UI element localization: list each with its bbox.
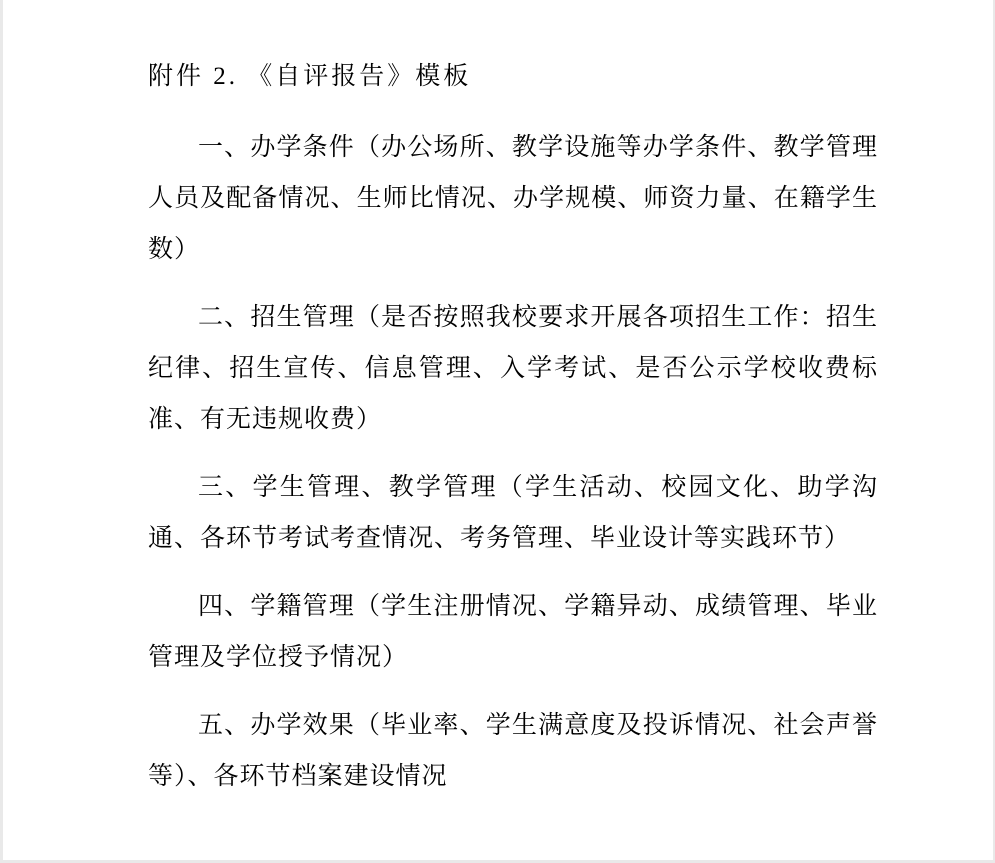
paragraph-item-4: 四、学籍管理（学生注册情况、学籍异动、成绩管理、毕业管理及学位授予情况） [148,581,878,683]
document-viewer: { "doc": { "title": "附件 2. 《自评报告》模板", "p… [0,0,995,863]
paragraph-item-3: 三、学生管理、教学管理（学生活动、校园文化、助学沟通、各环节考试考查情况、考务管… [148,462,878,564]
document-content: 附件 2. 《自评报告》模板 一、办学条件（办公场所、教学设施等办学条件、教学管… [148,52,878,819]
document-title: 附件 2. 《自评报告》模板 [148,52,878,102]
document-page: 附件 2. 《自评报告》模板 一、办学条件（办公场所、教学设施等办学条件、教学管… [3,0,993,860]
paragraph-item-2: 二、招生管理（是否按照我校要求开展各项招生工作：招生纪律、招生宣传、信息管理、入… [148,292,878,445]
paragraph-item-1: 一、办学条件（办公场所、教学设施等办学条件、教学管理人员及配备情况、生师比情况、… [148,122,878,275]
paragraph-item-5: 五、办学效果（毕业率、学生满意度及投诉情况、社会声誉等）、各环节档案建设情况 [148,700,878,802]
